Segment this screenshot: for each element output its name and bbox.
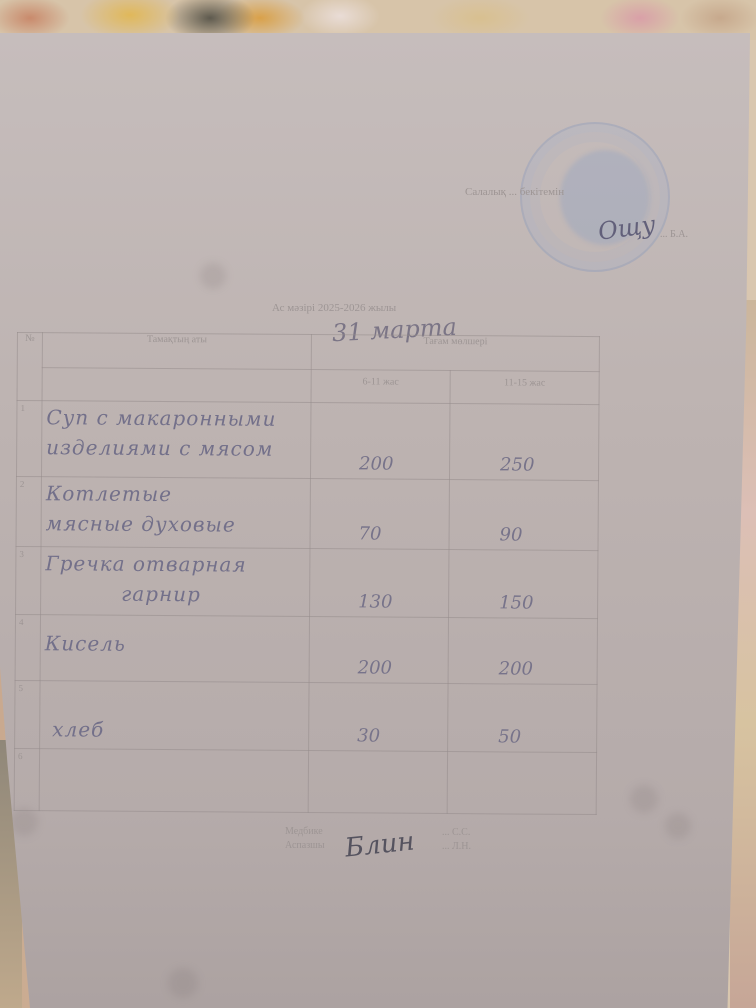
table-row: 4 Кисель 200 200: [15, 614, 597, 684]
qty-11-15: 150: [449, 550, 598, 619]
stain: [665, 813, 691, 839]
footer-role-cook: Аспазшы: [285, 840, 325, 851]
header-blank: [42, 368, 311, 403]
qty-6-11: 70: [310, 479, 449, 550]
row-number: 5: [15, 680, 40, 748]
qty-11-15: 50: [448, 684, 597, 753]
menu-table: № Тамақтың аты Тағам мөлшері 6-11 жас 11…: [14, 332, 600, 815]
footer-name-nurse: ... С.С.: [442, 827, 470, 838]
qty-6-11: 30: [309, 683, 448, 752]
row-number: 6: [14, 748, 39, 810]
header-age-6-11: 6-11 жас: [311, 370, 450, 404]
header-portion: Тағам мөлшері: [311, 335, 599, 372]
dish-line: Гречка отварная: [41, 547, 309, 579]
stain: [168, 968, 198, 998]
qty-11-15: 200: [448, 618, 597, 685]
dish-cell: хлеб: [40, 681, 309, 751]
dish-cell: [39, 749, 308, 813]
stain: [10, 808, 38, 836]
table-row: 5 хлеб 30 50: [15, 680, 597, 752]
header-number: №: [17, 333, 42, 401]
dish-cell: Гречка отварная гарнир: [41, 547, 310, 617]
dish-line: хлеб: [40, 713, 308, 745]
qty-11-15: 250: [449, 404, 599, 481]
stain: [200, 263, 226, 289]
table-header-row: № Тамақтың аты Тағам мөлшері: [17, 333, 599, 372]
qty-6-11: 130: [310, 549, 449, 618]
dish-line: изделиями с мясом: [42, 431, 310, 463]
table-subheader-row: 6-11 жас 11-15 жас: [17, 368, 599, 405]
header-dish-name: Тамақтың аты: [42, 333, 311, 370]
qty-11-15: 90: [449, 480, 598, 551]
table-row: 6: [14, 748, 596, 814]
row-number: 1: [16, 401, 42, 477]
table-row: 1 Суп с макаронными изделиями с мясом 20…: [16, 401, 599, 481]
row-number: 4: [15, 614, 40, 680]
row-number: 3: [16, 546, 41, 614]
dish-line: Кисель: [41, 627, 309, 659]
qty-6-11: [308, 751, 447, 814]
approval-name: ... Б.А.: [660, 229, 688, 240]
dish-cell: Кисель: [40, 615, 309, 683]
stain: [630, 785, 658, 813]
qty-6-11: 200: [309, 617, 448, 684]
dish-line: [40, 749, 308, 753]
dish-line: гарнир: [41, 577, 309, 609]
document-title: Ас мәзірі 2025-2026 жылы: [272, 302, 396, 314]
footer-name-cook: ... Л.Н.: [442, 841, 471, 852]
header-age-11-15: 11-15 жас: [450, 371, 599, 405]
dish-cell: Котлетые мясные духовые: [41, 477, 310, 549]
dish-line: мясные духовые: [42, 507, 310, 539]
dish-line: Суп с макаронными: [42, 401, 310, 433]
table-row: 2 Котлетые мясные духовые 70 90: [16, 476, 598, 550]
dish-cell: Суп с макаронными изделиями с мясом: [41, 401, 311, 479]
dish-line: [40, 681, 308, 715]
qty-6-11: 200: [310, 403, 450, 480]
footer-role-nurse: Медбике: [285, 826, 323, 837]
approval-line: Салалық ... бекітемін: [465, 186, 564, 198]
dish-line: Котлетые: [42, 477, 310, 509]
table-row: 3 Гречка отварная гарнир 130 150: [16, 546, 598, 618]
row-number: 2: [16, 476, 41, 546]
qty-11-15: [447, 752, 596, 815]
